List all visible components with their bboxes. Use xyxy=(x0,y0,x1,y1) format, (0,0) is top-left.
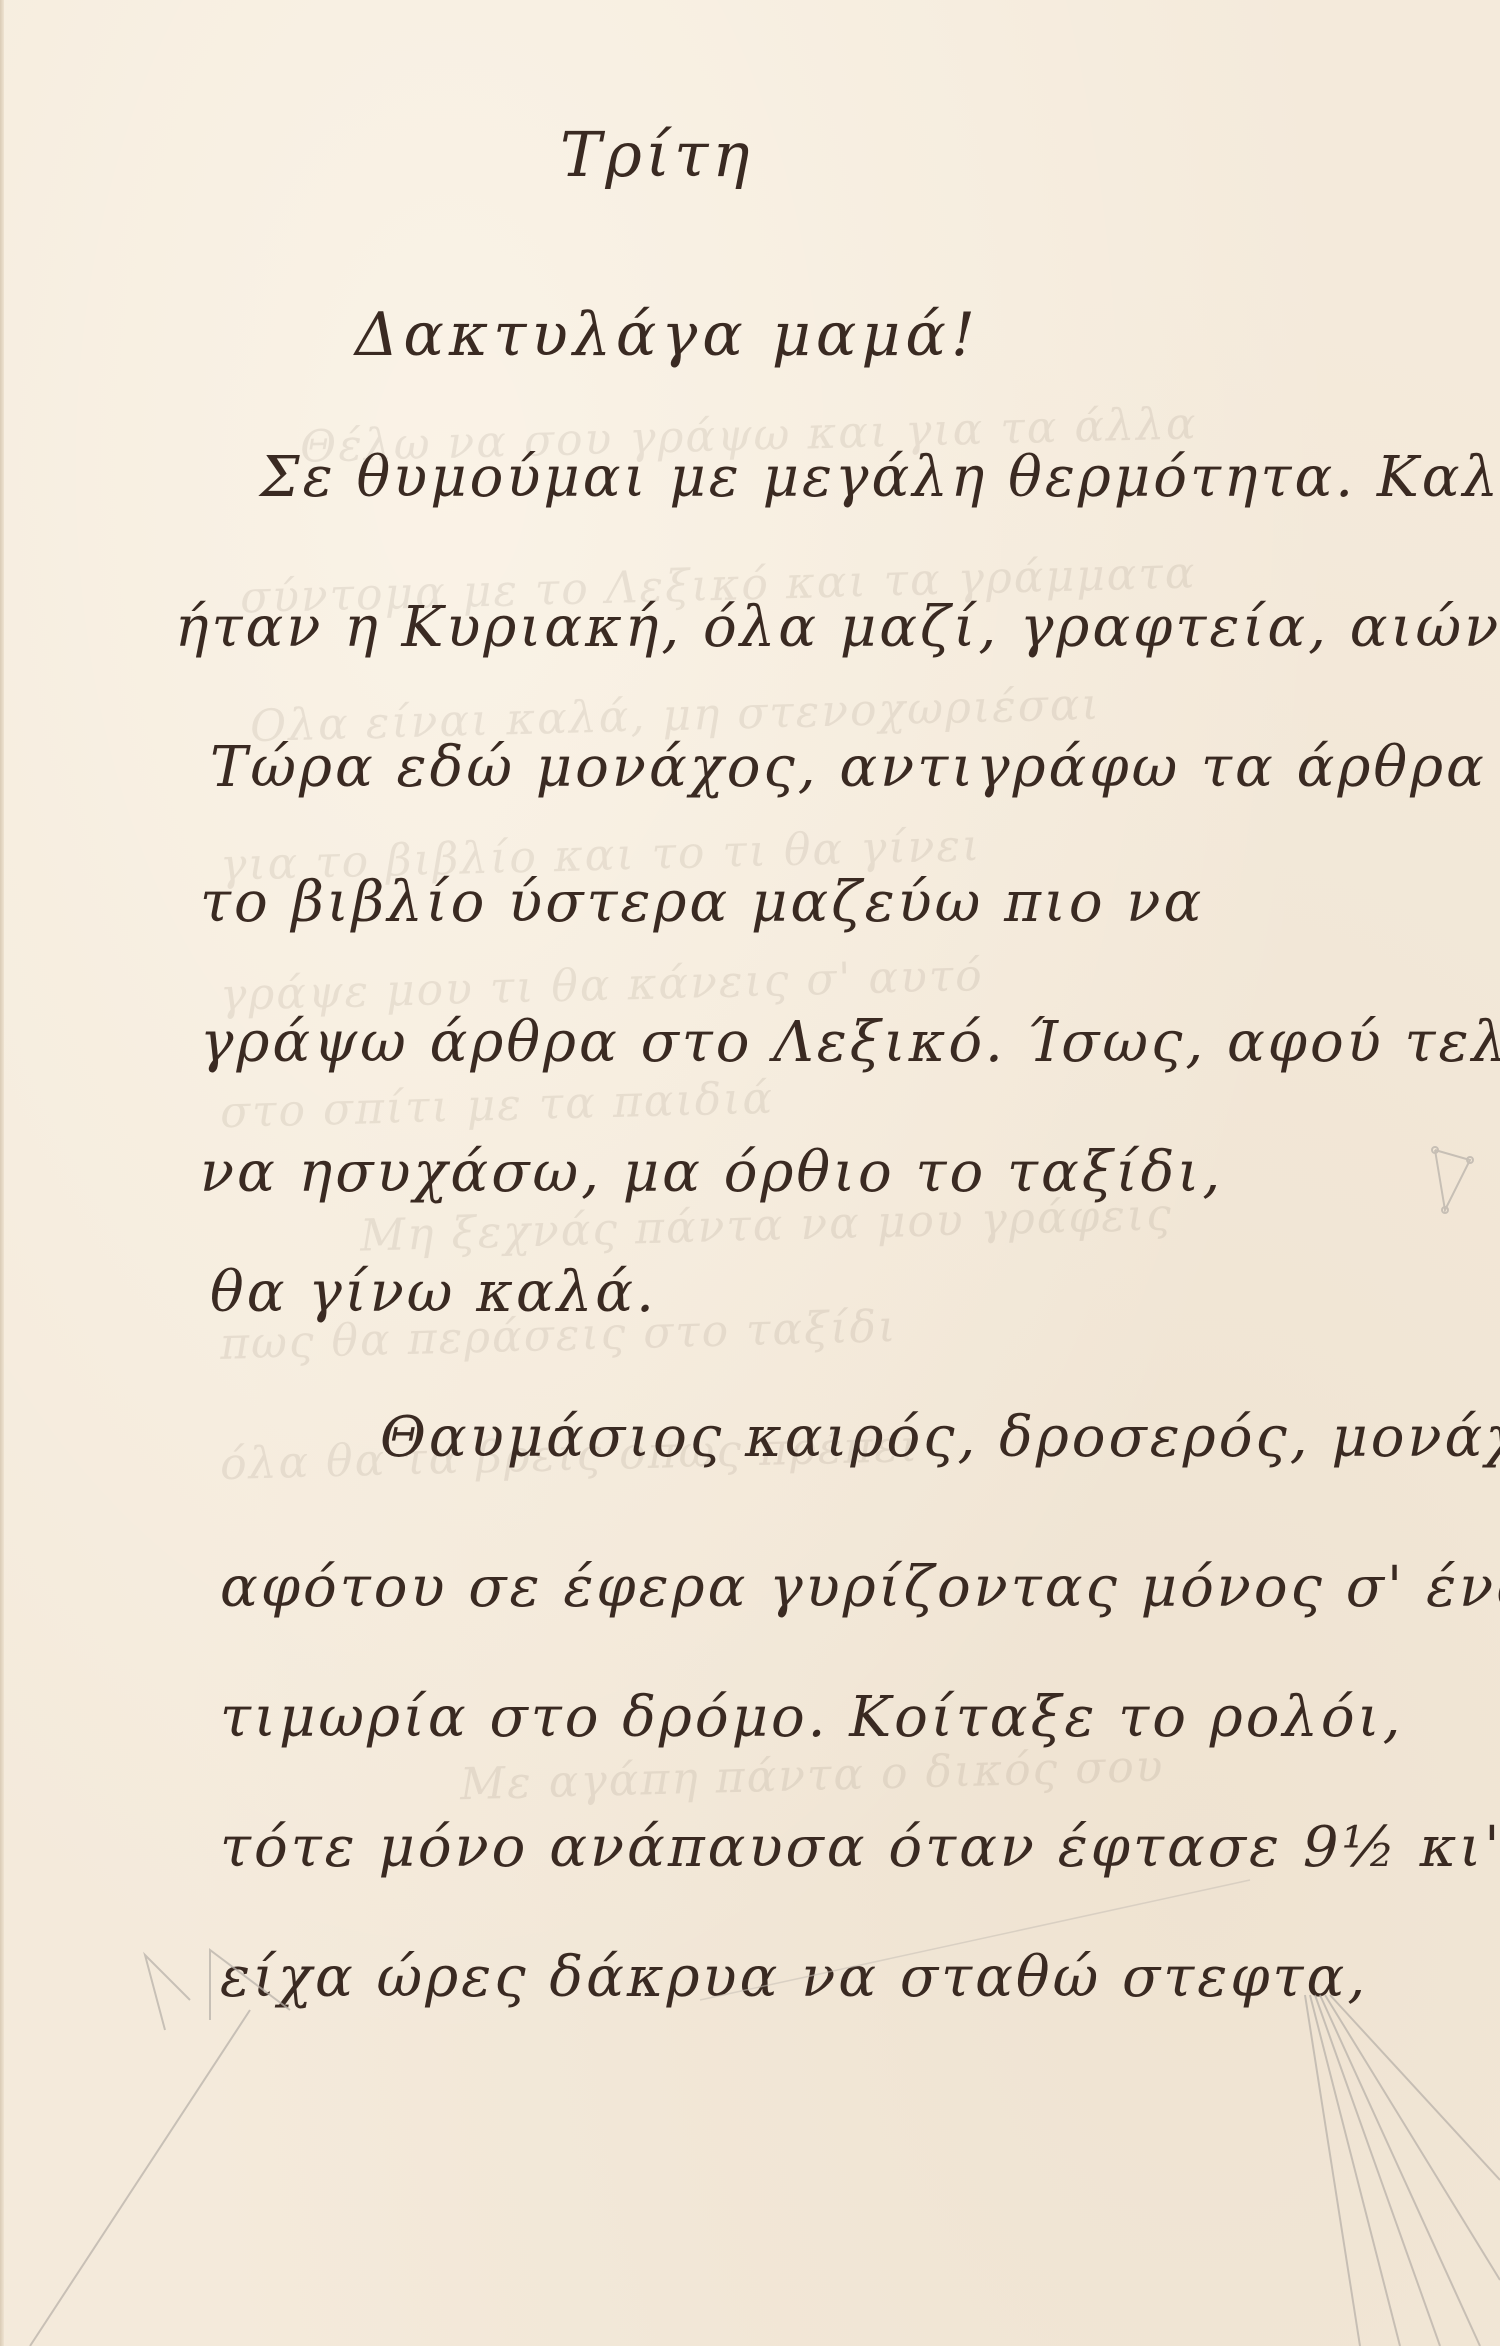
paragraph-2-line: αφότου σε έφερα γυρίζοντας μόνος σ' ένα … xyxy=(220,1555,1500,1620)
letter-salutation: Δακτυλάγα μαμά! xyxy=(355,300,980,370)
paragraph-1-line: γράψω άρθρα στο Λεξικό. Ίσως, αφού τελει… xyxy=(200,1010,1500,1075)
paragraph-1-line: ήταν η Κυριακή, όλα μαζί, γραφτεία, αιών… xyxy=(175,595,1500,660)
paragraph-2-line: τότε μόνο ανάπαυσα όταν έφτασε 9½ κι' xyxy=(220,1815,1500,1880)
paragraph-2-line: είχα ώρες δάκρυα να σταθώ στεφτα, xyxy=(220,1945,1368,2010)
paragraph-1-line: να ησυχάσω, μα όρθιο το ταξίδι, xyxy=(200,1140,1223,1205)
paragraph-1-line: Τώρα εδώ μονάχος, αντιγράφω τα άρθρα για xyxy=(210,735,1500,800)
letter-page: Θέλω να σου γράψω και για τα άλλα σύντομ… xyxy=(0,0,1500,2346)
paragraph-2-line: Θαυμάσιος καιρός, δροσερός, μονάχα xyxy=(380,1405,1500,1470)
pencil-scribble xyxy=(145,1955,190,2030)
paragraph-1-line: Σε θυμούμαι με μεγάλη θερμότητα. Καλή xyxy=(260,445,1500,510)
bleed-through-line: στο σπίτι με τα παιδιά xyxy=(219,1073,774,1138)
paper-edge xyxy=(0,0,4,2346)
letter-heading: Τρίτη xyxy=(560,118,754,191)
paragraph-2-line: τιμωρία στο δρόμο. Κοίταξε το ρολόι, xyxy=(220,1685,1403,1750)
bleed-through-line: Με αγάπη πάντα ο δικός σου xyxy=(459,1741,1165,1810)
paragraph-1-line: θα γίνω καλά. xyxy=(210,1260,657,1325)
paragraph-1-line: το βιβλίο ύστερα μαζεύω πιο να xyxy=(200,870,1204,935)
